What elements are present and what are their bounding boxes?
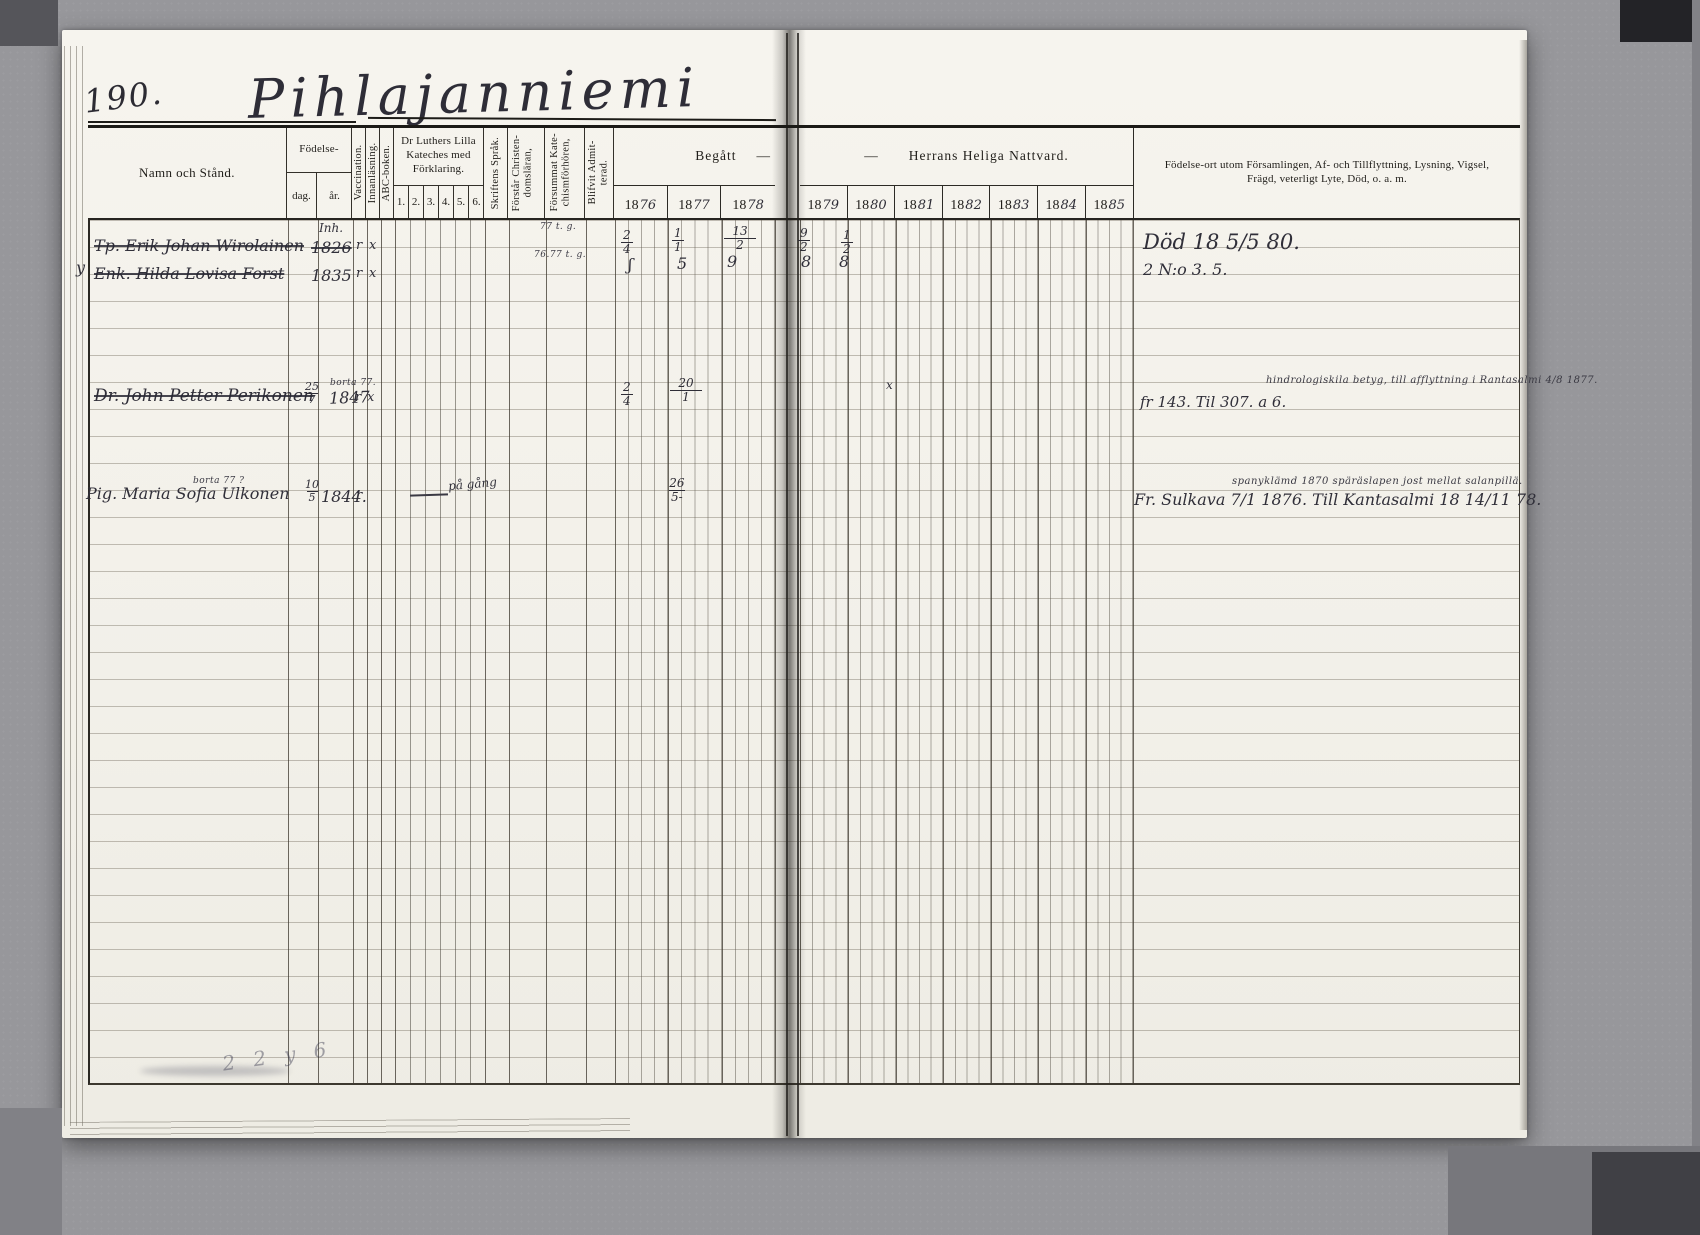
vaccination-mark: r xyxy=(355,390,361,405)
col-header-year: år. xyxy=(317,173,352,218)
year-prefix: 18 xyxy=(903,198,917,214)
body-col-1876 xyxy=(616,220,670,1083)
col-header-summoned: Försummat Kate- chismförhören, xyxy=(545,127,585,218)
vaccination-mark: r xyxy=(356,488,362,503)
year-1878: 1878 xyxy=(721,186,775,218)
year-1877: 1877 xyxy=(668,186,722,218)
body-col-script xyxy=(486,220,510,1083)
cat-col-4: 4. xyxy=(439,186,454,218)
exam-note: 77 t. g. xyxy=(540,222,576,232)
entry-name: Dr. John Petter Perikonen xyxy=(94,386,314,406)
year-hand: 79 xyxy=(823,198,840,213)
entry-birth-year: 1835 xyxy=(311,266,352,285)
body-col-year xyxy=(319,220,354,1083)
year-hand: 84 xyxy=(1060,198,1077,213)
col-header-understands: Förstår Christen- domsläran, xyxy=(508,127,545,218)
margin-mark: y xyxy=(76,258,85,277)
col-header-summoned-label: Försummat Kate- chismförhören, xyxy=(549,129,581,216)
year-hand: 82 xyxy=(965,198,982,213)
book-gutter xyxy=(772,30,806,1138)
dash-glyph: — xyxy=(757,148,772,164)
col-header-vaccination: Vaccination. xyxy=(352,127,366,218)
body-col-1881 xyxy=(897,220,945,1083)
body-col-1878 xyxy=(723,220,777,1083)
col-header-name-label: Namn och Stånd. xyxy=(139,165,235,181)
nattvard-label: Herrans Heliga Nattvard. xyxy=(909,148,1069,164)
year-prefix: 18 xyxy=(808,198,822,214)
communion-band-right: — Herrans Heliga Nattvard. xyxy=(800,127,1133,185)
entry-note: Död 18 5/5 80. xyxy=(1143,230,1300,254)
year-1879: 1879 xyxy=(800,186,848,218)
gutter-line xyxy=(797,33,799,1136)
col-header-notes-line1: Födelse-ort utom Församlingen, Af- och T… xyxy=(1165,159,1490,173)
cat-col-3: 3. xyxy=(424,186,439,218)
scanner-edge-right xyxy=(1692,0,1700,1235)
year-1882: 1882 xyxy=(943,186,991,218)
year-prefix: 18 xyxy=(732,198,746,214)
frac-num: 2 xyxy=(623,229,631,242)
body-col-1884 xyxy=(1039,220,1087,1083)
communion-mark-1878: 13 2 xyxy=(724,225,756,251)
communion-mark-1879: 9 2 xyxy=(798,227,810,253)
reading-mark: x xyxy=(367,390,374,405)
col-header-vaccination-label: Vaccination. xyxy=(353,129,365,216)
body-col-cat5 xyxy=(456,220,471,1083)
body-col-notes xyxy=(1134,220,1519,1083)
entry-birth-year: 1847 xyxy=(329,387,370,407)
communion-mark-1876: ʃ xyxy=(628,255,632,274)
communion-mark-1881: x xyxy=(886,378,893,392)
body-col-cat6 xyxy=(471,220,486,1083)
col-header-birth: Födelse- dag. år. xyxy=(287,127,352,218)
year-1880: 1880 xyxy=(848,186,896,218)
col-header-admitted-label: Blifvit Admit- terad. xyxy=(587,129,611,216)
col-header-day: dag. xyxy=(287,173,317,218)
reading-mark: x xyxy=(369,266,376,281)
col-header-understands-label: Förstår Christen- domsläran, xyxy=(511,129,541,216)
frac-den: 1 xyxy=(672,240,684,254)
entry-inh-note: Inh. xyxy=(319,221,343,235)
communion-mark-1877: 5 xyxy=(677,254,687,273)
body-col-reading xyxy=(368,220,382,1083)
cat-col-6: 6. xyxy=(469,186,484,218)
begatt-label: Begått xyxy=(695,148,736,164)
body-col-abc xyxy=(382,220,396,1083)
scanned-church-record: 190. Pihlajanniemi Namn och Stånd. Födel… xyxy=(0,0,1700,1235)
col-header-birth-subrow: dag. år. xyxy=(287,172,352,218)
col-header-birth-label: Födelse- xyxy=(299,143,338,157)
dash-glyph: — xyxy=(864,148,879,164)
body-col-cat1 xyxy=(396,220,411,1083)
year-1883: 1883 xyxy=(990,186,1038,218)
year-hand: 77 xyxy=(693,198,710,213)
col-header-birth-label-wrap: Födelse- xyxy=(287,127,351,172)
body-col-1879 xyxy=(801,220,849,1083)
year-1881: 1881 xyxy=(895,186,943,218)
entry-note: 2 N:o 3. 5. xyxy=(1143,260,1227,279)
col-header-catechism-numbers: 1. 2. 3. 4. 5. 6. xyxy=(394,185,484,218)
entry-name: Tp. Erik Johan Wirolainen xyxy=(94,236,304,255)
communion-mark-1876: 2 4 xyxy=(621,381,633,407)
pencil-smudge xyxy=(140,1066,290,1076)
frac-num: 2 xyxy=(623,381,631,394)
year-hand: 76 xyxy=(640,198,657,213)
entry-note: Fr. Sulkava 7/1 1876. Till Kantasalmi 18… xyxy=(1134,490,1541,509)
cat-col-5: 5. xyxy=(454,186,469,218)
col-header-reading-label: Innanläsning. xyxy=(367,129,379,216)
body-col-1885 xyxy=(1087,220,1134,1083)
col-header-catechism: Dr Luthers Lilla Kateches med Förklaring… xyxy=(394,127,484,218)
body-col-admitted xyxy=(587,220,616,1083)
entry-note-small: hindrologiskila betyg, till afflyttning … xyxy=(1266,375,1598,386)
entry-name: Enk. Hilda Lovisa Forst xyxy=(94,264,284,283)
year-hand: 85 xyxy=(1108,198,1125,213)
frac-den: 2 xyxy=(724,238,756,252)
body-col-1882 xyxy=(944,220,992,1083)
communion-mark-1879: 8 xyxy=(801,252,811,271)
year-prefix: 18 xyxy=(678,198,692,214)
year-prefix: 18 xyxy=(1093,198,1107,214)
body-col-cat3 xyxy=(426,220,441,1083)
year-prefix: 18 xyxy=(950,198,964,214)
exam-note: 76.77 t. g. xyxy=(534,250,586,260)
body-col-summoned xyxy=(547,220,587,1083)
col-header-reading: Innanläsning. xyxy=(366,127,380,218)
body-col-1880 xyxy=(849,220,897,1083)
reading-mark: x xyxy=(369,238,376,253)
communion-band-left: Begått — xyxy=(614,127,775,185)
year-hand: 83 xyxy=(1013,198,1030,213)
frac-den: 1 xyxy=(670,390,702,404)
cat-col-1: 1. xyxy=(394,186,409,218)
col-header-name: Namn och Stånd. xyxy=(88,127,287,218)
scanner-corner-top-right xyxy=(1620,0,1700,42)
year-prefix: 18 xyxy=(855,198,869,214)
col-header-notes: Födelse-ort utom Församlingen, Af- och T… xyxy=(1133,127,1520,218)
col-header-notes-line2: Frägd, veterligt Lyte, Död, o. a. m. xyxy=(1247,173,1407,187)
communion-mark-1877: 20 1 xyxy=(670,377,702,403)
page-stack-left xyxy=(64,46,88,1126)
page-edge-right xyxy=(1519,40,1527,1130)
communion-mark-1878: 9 xyxy=(727,252,737,271)
frac-den: 5 xyxy=(307,491,318,504)
frac-num: 10 xyxy=(305,479,319,491)
body-col-cat4 xyxy=(441,220,456,1083)
body-col-day xyxy=(289,220,319,1083)
frac-den: 4 xyxy=(621,242,633,256)
col-header-admitted: Blifvit Admit- terad. xyxy=(585,127,614,218)
frac-num: 1 xyxy=(843,229,851,242)
frac-den: 4 xyxy=(621,394,633,408)
year-prefix: 18 xyxy=(998,198,1012,214)
table-top-rule xyxy=(88,125,1520,128)
frac-num: 20 xyxy=(678,377,693,390)
entry-birth-year: 1826 xyxy=(311,238,352,257)
communion-mark-1880: 8 xyxy=(839,252,849,271)
year-1885: 1885 xyxy=(1086,186,1133,218)
year-hand: 80 xyxy=(870,198,887,213)
birth-date-frac: 10 5 xyxy=(305,479,319,503)
frac-num: 13 xyxy=(732,225,747,238)
frac-num: 1 xyxy=(674,227,682,240)
communion-mark-1877: 26 5- xyxy=(669,477,685,503)
frac-num: 25 xyxy=(305,381,319,393)
col-header-abc-label: ABC-boken. xyxy=(381,129,393,216)
scanner-corner-bottom-left xyxy=(0,1108,62,1235)
communion-mark-1877: 1 1 xyxy=(672,227,684,253)
col-header-abc: ABC-boken. xyxy=(380,127,394,218)
frac-num: 26 xyxy=(669,477,684,490)
year-hand: 81 xyxy=(918,198,935,213)
frac-den: 7 xyxy=(307,393,318,406)
cat-col-2: 2. xyxy=(409,186,424,218)
year-boxes-left: 1876 1877 1878 xyxy=(614,185,775,218)
frac-num: 9 xyxy=(800,227,808,240)
entry-name: Pig. Maria Sofia Ulkonen xyxy=(86,484,290,503)
vaccination-mark: r xyxy=(356,266,362,281)
year-prefix: 18 xyxy=(625,198,639,214)
communion-mark-1876: 2 4 xyxy=(621,229,633,255)
body-col-1877 xyxy=(669,220,723,1083)
scanner-corner-top-left xyxy=(0,0,58,46)
scanner-corner-bottom-right-dark xyxy=(1592,1152,1700,1235)
col-header-catechism-label: Dr Luthers Lilla Kateches med Förklaring… xyxy=(397,135,480,176)
year-1884: 1884 xyxy=(1038,186,1086,218)
year-hand: 78 xyxy=(747,198,764,213)
body-col-cat2 xyxy=(411,220,426,1083)
col-header-script: Skriftens Språk. xyxy=(484,127,508,218)
body-col-1883 xyxy=(992,220,1040,1083)
body-col-vaccination xyxy=(354,220,368,1083)
body-col-name xyxy=(90,220,289,1083)
vaccination-mark: r xyxy=(356,238,362,253)
year-prefix: 18 xyxy=(1045,198,1059,214)
year-boxes-right: 1879 1880 1881 1882 1883 1884 1885 xyxy=(800,185,1133,218)
year-1876: 1876 xyxy=(614,186,668,218)
entry-note-small: spanyklämd 1870 späräslapen jost mellat … xyxy=(1232,476,1523,487)
title-underline xyxy=(88,121,356,123)
frac-den: 5- xyxy=(669,490,685,504)
col-header-script-label: Skriftens Språk. xyxy=(490,129,502,216)
birth-date-frac: 25 7 xyxy=(305,381,319,405)
body-col-understands xyxy=(510,220,547,1083)
entry-note: fr 143. Til 307. a 6. xyxy=(1140,393,1286,411)
gutter-line xyxy=(786,33,788,1136)
